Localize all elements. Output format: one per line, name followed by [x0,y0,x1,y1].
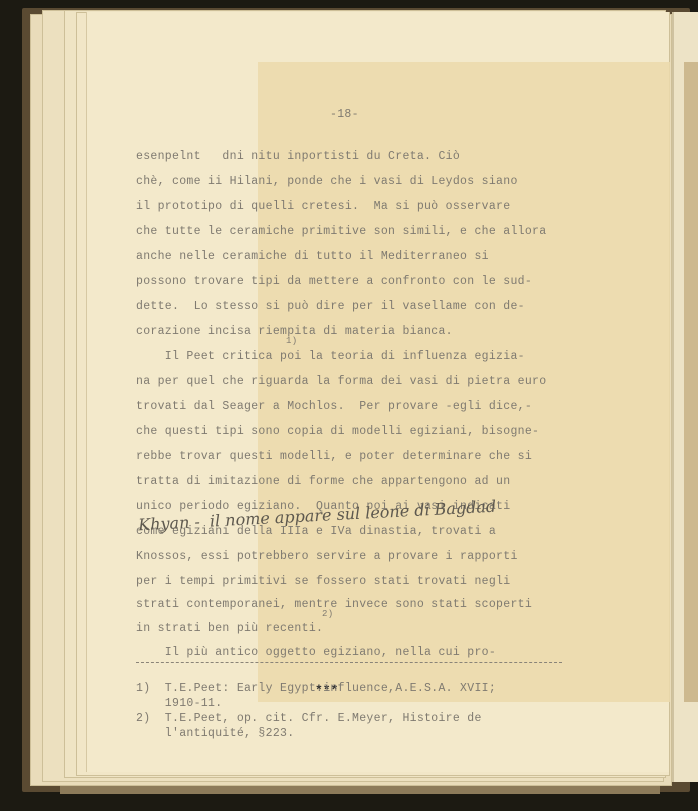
body-line: il prototipo di quelli cretesi. Ma si pu… [136,200,510,213]
footnote-2: 2) T.E.Peet, op. cit. Cfr. E.Meyer, Hist… [136,712,482,725]
body-line: Il più antico oggetto egiziano, nella cu… [136,646,496,659]
body-line: in strati ben più recenti. [136,622,323,635]
body-line: che tutte le ceramiche primitive son sim… [136,225,546,238]
footnote-separator [136,662,562,663]
body-line: Knossos, essi potrebbero servire a prova… [136,550,518,563]
body-line: che questi tipi sono copia di modelli eg… [136,425,539,438]
page-number: -18- [330,108,359,121]
body-line: tratta di imitazione di forme che appart… [136,475,510,488]
body-line: anche nelle ceramiche di tutto il Medite… [136,250,489,263]
body-line: esenpelnt dni nitu inportisti du Creta. … [136,150,460,163]
footnote-marker: 1) [286,336,297,346]
body-line: na per quel che riguarda la forma dei va… [136,375,546,388]
body-line: possono trovare tipi da mettere a confro… [136,275,532,288]
body-line: strati contemporanei, mentre invece sono… [136,598,532,611]
footnote-1: 1) T.E.Peet: Early Egypt.influence,A.E.S… [136,682,496,695]
body-line: trovati dal Seager a Mochlos. Per provar… [136,400,532,413]
body-line: per i tempi primitivi se fossero stati t… [136,575,510,588]
body-line: rebbe trovar questi modelli, e poter det… [136,450,532,463]
body-line: dette. Lo stesso si può dire per il vase… [136,300,525,313]
footnote-1-cont: 1910-11. [136,697,222,710]
binding-bottom-edge [60,786,660,794]
facing-page-slip [684,62,698,702]
body-line: Il Peet critica poi la teoria di influen… [136,350,525,363]
footnote-marker: 2) [322,609,333,619]
footnote-2-cont: l'antiquité, §223. [136,727,294,740]
body-line: chè, come ii Hilani, ponde che i vasi di… [136,175,518,188]
